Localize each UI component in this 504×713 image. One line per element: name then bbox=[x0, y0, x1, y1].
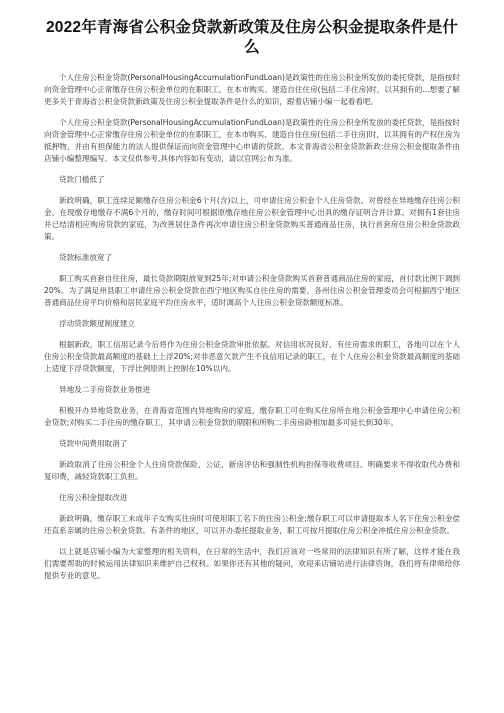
section-body-floating-quota: 根据新政，职工信用记录今后将作为住房公积金贷款审批依据。对信用状况良好、有住房需… bbox=[44, 339, 460, 375]
section-body-offsite-secondhand: 积极开办异地贷款业务，在青海省范围内异地购房的家庭，缴存职工可在购买住房所在地公… bbox=[44, 405, 460, 429]
summary-paragraph: 个人住房公积金贷款(PersonalHousingAccumulationFun… bbox=[44, 117, 460, 165]
section-body-loan-threshold: 新政明确，职工连续足额缴存住房公积金6个月(含)以上，可申请住房公积金个人住房贷… bbox=[44, 195, 460, 243]
section-heading-loan-threshold: 贷款门槛低了 bbox=[44, 174, 460, 186]
intro-paragraph: 个人住房公积金贷款(PersonalHousingAccumulationFun… bbox=[44, 72, 460, 108]
closing-paragraph: 以上就是店铺小编为大家整理的相关资料，在日常的生活中，我们应该对一些常用的法律知… bbox=[44, 546, 460, 582]
section-body-withdrawal: 新政明确，缴存职工未成年子女购买住房时可使用职工名下的住房公积金;缴存职工可以申… bbox=[44, 513, 460, 537]
document-title: 2022年青海省公积金贷款新政策及住房公积金提取条件是什么 bbox=[44, 18, 460, 58]
section-body-fees-cancelled: 新政取消了住房公积金个人住房贷款保险、公证、新房评估和强制性机构担保等收费项目。… bbox=[44, 459, 460, 483]
section-heading-floating-quota: 浮动贷款额度制度建立 bbox=[44, 318, 460, 330]
section-heading-offsite-secondhand: 异地及二手房贷款业务推进 bbox=[44, 384, 460, 396]
document-page: 2022年青海省公积金贷款新政策及住房公积金提取条件是什么 个人住房公积金贷款(… bbox=[0, 0, 504, 713]
section-heading-loan-standard: 贷款标准放宽了 bbox=[44, 252, 460, 264]
section-body-loan-standard: 职工购买首套自住住房，最长贷款期限放宽到25年;对申请公积金贷款购买首套普通商品… bbox=[44, 273, 460, 309]
section-heading-fees-cancelled: 贷款中间费用取消了 bbox=[44, 438, 460, 450]
section-heading-withdrawal: 住房公积金提取改进 bbox=[44, 492, 460, 504]
